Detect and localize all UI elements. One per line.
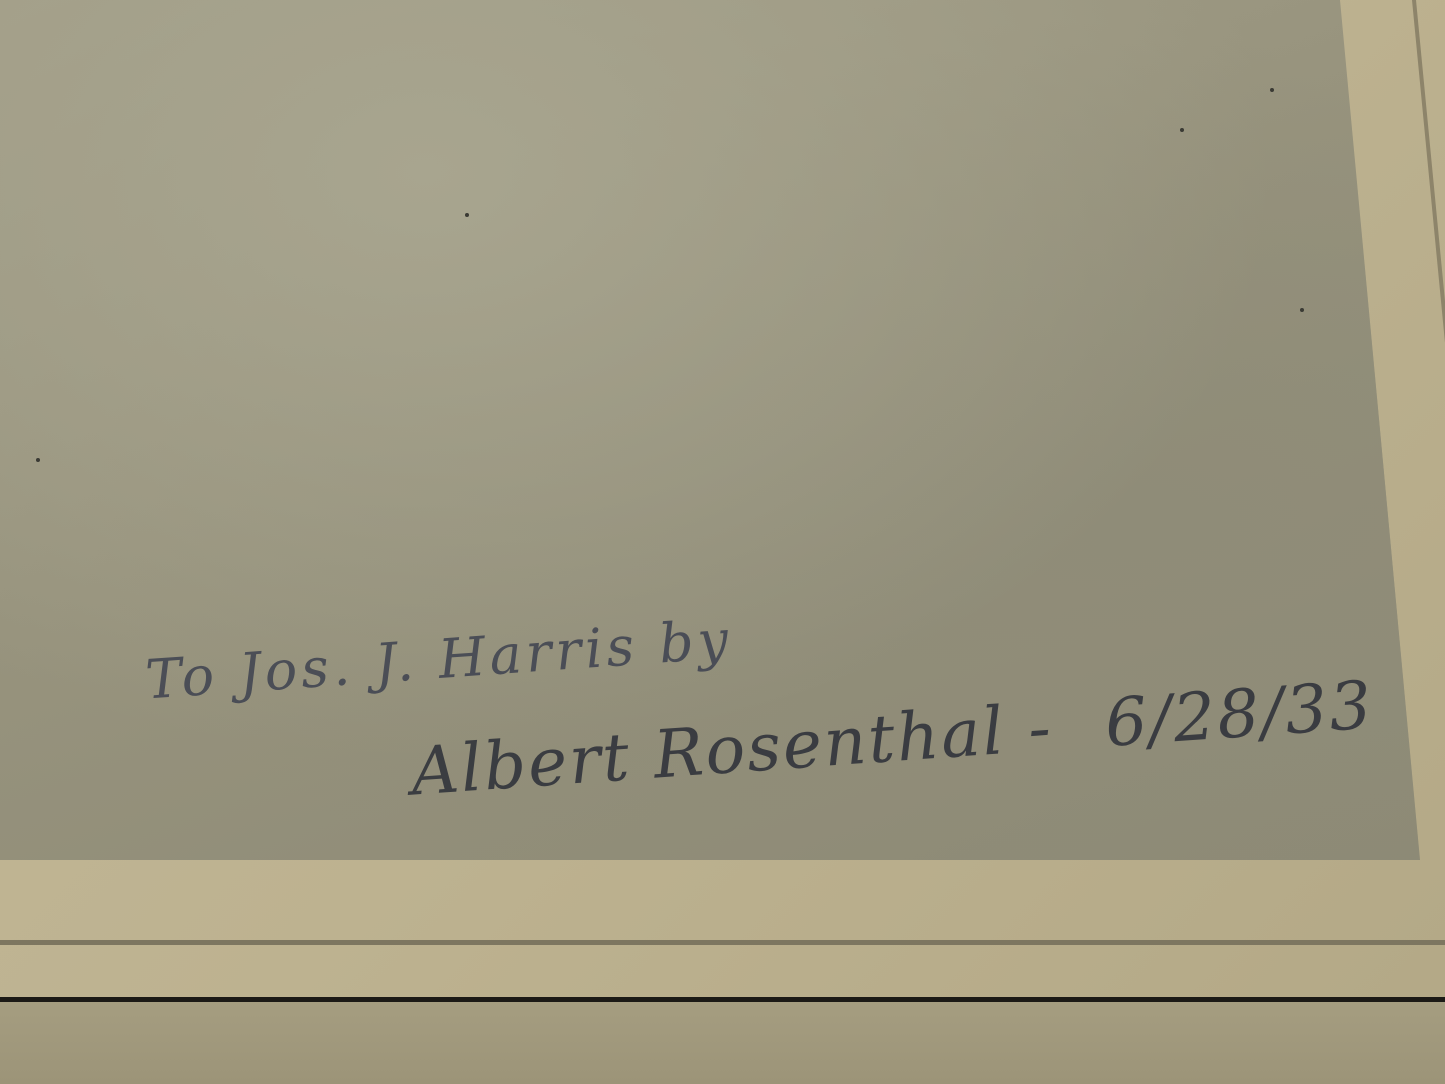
paper-speck (465, 213, 469, 217)
paper-speck (1300, 308, 1304, 312)
horizontal-border-rule (0, 940, 1445, 945)
paper-speck (1180, 128, 1184, 132)
lower-mount-strip (0, 1002, 1445, 1084)
paper-speck (36, 458, 40, 462)
paper-speck (1270, 88, 1274, 92)
